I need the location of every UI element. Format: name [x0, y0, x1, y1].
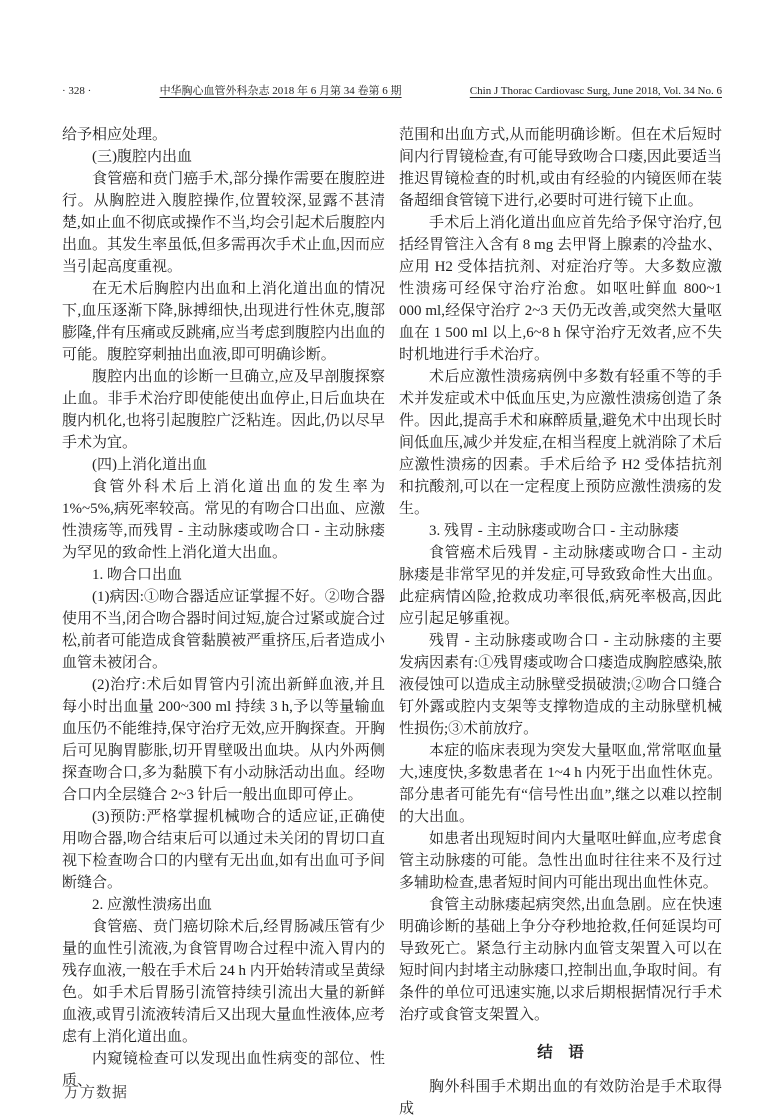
subsection-heading: 2. 应激性溃疡出血 [62, 894, 385, 916]
paragraph: 食管癌术后残胃 - 主动脉瘘或吻合口 - 主动脉瘘是非常罕见的并发症,可导致致命… [399, 542, 722, 630]
paragraph-continuation: 给予相应处理。 [62, 124, 385, 146]
journal-title-cn: 中华胸心血管外科杂志 2018 年 6 月第 34 卷第 6 期 [160, 82, 402, 98]
paragraph: 食管癌和贲门癌手术,部分操作需要在腹腔进行。从胸腔进入腹腔操作,位置较深,显露不… [62, 168, 385, 278]
paragraph: 胸外科围手术期出血的有效防治是手术取得成 [399, 1076, 722, 1118]
page-header: · 328 · 中华胸心血管外科杂志 2018 年 6 月第 34 卷第 6 期… [62, 82, 722, 98]
section-heading: 结 语 [399, 1042, 722, 1064]
paragraph: (2)治疗:术后如胃管内引流出新鲜血液,并且每小时出血量 200~300 ml … [62, 674, 385, 806]
watermark-wanfang: 万方数据 [64, 1081, 128, 1102]
content-columns: 给予相应处理。(三)腹腔内出血食管癌和贲门癌手术,部分操作需要在腹腔进行。从胸腔… [62, 124, 722, 1118]
subsection-heading: 3. 残胃 - 主动脉瘘或吻合口 - 主动脉瘘 [399, 520, 722, 542]
column-left: 给予相应处理。(三)腹腔内出血食管癌和贲门癌手术,部分操作需要在腹腔进行。从胸腔… [62, 124, 385, 1118]
journal-title-en: Chin J Thorac Cardiovasc Surg, June 2018… [470, 85, 722, 97]
journal-page: · 328 · 中华胸心血管外科杂志 2018 年 6 月第 34 卷第 6 期… [0, 0, 774, 1118]
paragraph: 残胃 - 主动脉瘘或吻合口 - 主动脉瘘的主要发病因素有:①残胃瘘或吻合口瘘造成… [399, 630, 722, 740]
subsection-heading: (三)腹腔内出血 [62, 146, 385, 168]
subsection-heading: (四)上消化道出血 [62, 454, 385, 476]
paragraph: 食管癌、贲门癌切除术后,经胃肠减压管有少量的血性引流液,为食管胃吻合过程中流入胃… [62, 916, 385, 1048]
paragraph: 食管外科术后上消化道出血的发生率为 1%~5%,病死率较高。常见的有吻合口出血、… [62, 476, 385, 564]
paragraph-continuation: 范围和出血方式,从而能明确诊断。但在术后短时间内行胃镜检查,有可能导致吻合口瘘,… [399, 124, 722, 212]
paragraph: 在无术后胸腔内出血和上消化道出血的情况下,血压逐渐下降,脉搏细快,出现进行性休克… [62, 278, 385, 366]
paragraph: 如患者出现短时间内大量呕吐鲜血,应考虑食管主动脉瘘的可能。急性出血时往往来不及行… [399, 828, 722, 894]
paragraph: (1)病因:①吻合器适应证掌握不好。②吻合器使用不当,闭合吻合器时间过短,旋合过… [62, 586, 385, 674]
paragraph: (3)预防:严格掌握机械吻合的适应证,正确使用吻合器,吻合结束后可以通过未关闭的… [62, 806, 385, 894]
paragraph: 腹腔内出血的诊断一旦确立,应及早剖腹探察止血。非手术治疗即使能使出血停止,日后血… [62, 366, 385, 454]
column-right: 范围和出血方式,从而能明确诊断。但在术后短时间内行胃镜检查,有可能导致吻合口瘘,… [399, 124, 722, 1118]
paragraph: 术后应激性溃疡病例中多数有轻重不等的手术并发症或术中低血压史,为应激性溃疡创造了… [399, 366, 722, 520]
subsection-heading: 1. 吻合口出血 [62, 564, 385, 586]
paragraph: 手术后上消化道出血应首先给予保守治疗,包括经胃管注入含有 8 mg 去甲肾上腺素… [399, 212, 722, 366]
paragraph: 本症的临床表现为突发大量呕血,常常呕血量大,速度快,多数患者在 1~4 h 内死… [399, 740, 722, 828]
paragraph: 食管主动脉瘘起病突然,出血急剧。应在快速明确诊断的基础上争分夺秒地抢救,任何延误… [399, 894, 722, 1026]
page-number: · 328 · [62, 85, 91, 97]
